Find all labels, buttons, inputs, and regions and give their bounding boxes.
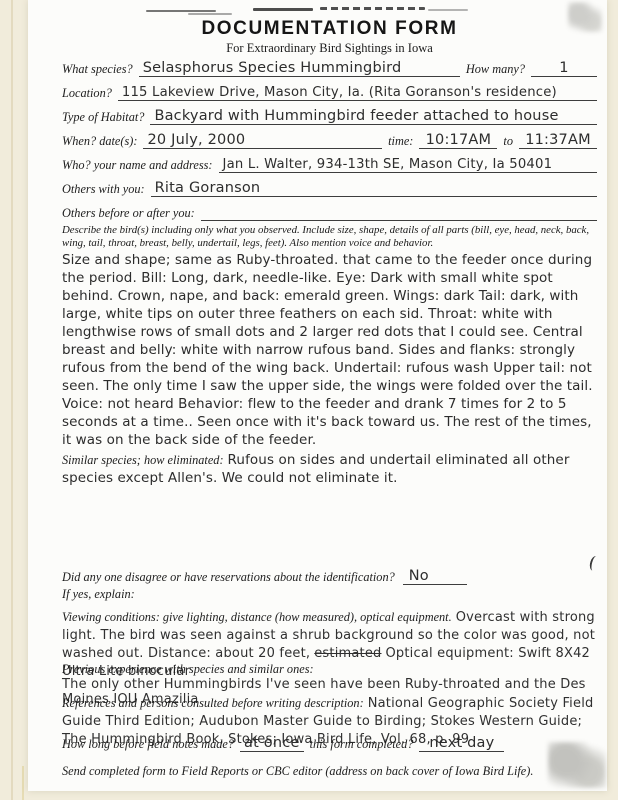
species-label: What species? [62, 62, 133, 77]
form-title: DOCUMENTATION FORM [62, 18, 597, 40]
who-value: Jan L. Walter, 934-13th SE, Mason City, … [219, 157, 597, 173]
field-location-row: Location? 115 Lakeview Drive, Mason City… [62, 78, 597, 101]
to-label: to [503, 134, 513, 149]
bird-description: Size and shape; same as Ruby-throated. t… [62, 251, 597, 449]
footer-section: Send completed form to Field Reports or … [62, 762, 597, 780]
field-species-row: What species? Selasphorus Species Hummin… [62, 54, 597, 77]
habitat-value: Backyard with Hummingbird feeder attache… [150, 108, 597, 125]
location-label: Location? [62, 86, 112, 101]
describe-instructions: Describe the bird(s) including only what… [62, 224, 597, 249]
send-instructions: Send completed form to Field Reports or … [62, 764, 533, 778]
others-with-value: Rita Goranson [151, 180, 597, 197]
field-others-before-row: Others before or after you: [62, 198, 597, 221]
time-to-value: 11:37AM [519, 132, 597, 149]
field-others-with-row: Others with you: Rita Goranson [62, 174, 597, 197]
field-when-row: When? date(s): 20 July, 2000 time: 10:17… [62, 126, 597, 149]
disagree-label: Did any one disagree or have reservation… [62, 570, 395, 585]
viewing-conditions-label: Viewing conditions: give lighting, dista… [62, 610, 452, 624]
references-label: References and persons consulted before … [62, 696, 364, 710]
others-before-label: Others before or after you: [62, 206, 195, 221]
form-header: DOCUMENTATION FORM For Extraordinary Bir… [62, 18, 597, 56]
disagree-value: No [403, 568, 467, 585]
field-who-row: Who? your name and address: Jan L. Walte… [62, 150, 597, 173]
disagree-section: Did any one disagree or have reservation… [62, 568, 597, 602]
form-completed-value: next day [419, 735, 504, 752]
form-fields: What species? Selasphorus Species Hummin… [62, 54, 597, 221]
field-habitat-row: Type of Habitat? Backyard with Hummingbi… [62, 102, 597, 125]
scanned-document: { "header": { "title": "DOCUMENTATION FO… [0, 0, 618, 800]
description-section: Describe the bird(s) including only what… [62, 224, 597, 487]
scan-streak [253, 8, 313, 11]
location-value: 115 Lakeview Drive, Mason City, Ia. (Rit… [118, 85, 597, 101]
scanner-edge-line [11, 0, 13, 800]
how-many-value: 1 [531, 60, 597, 77]
time-from-value: 10:17AM [419, 132, 497, 149]
notes-timing-section: How long before field notes made? at onc… [62, 735, 597, 752]
when-label: When? date(s): [62, 134, 137, 149]
species-value: Selasphorus Species Hummingbird [139, 60, 460, 77]
viewing-conditions-struck-word: estimated [314, 646, 381, 661]
others-before-value [201, 220, 597, 221]
similar-species-label: Similar species; how eliminated: [62, 453, 224, 467]
notes-timing-row: How long before field notes made? at onc… [62, 735, 597, 752]
notes-made-value: at once [240, 735, 304, 752]
disagree-row: Did any one disagree or have reservation… [62, 568, 597, 585]
who-label: Who? your name and address: [62, 158, 213, 173]
if-yes-explain-label: If yes, explain: [62, 587, 597, 602]
others-with-label: Others with you: [62, 182, 145, 197]
scan-streak [320, 7, 425, 10]
habitat-label: Type of Habitat? [62, 110, 144, 125]
how-many-label: How many? [466, 62, 525, 77]
form-completed-label: this form completed? [310, 737, 414, 752]
time-label: time: [388, 134, 413, 149]
scanner-edge-line-bottom [22, 766, 24, 800]
previous-experience-label: Previous experience with species and sim… [62, 662, 597, 677]
notes-made-label: How long before field notes made? [62, 737, 234, 752]
scan-streak [146, 10, 216, 12]
scan-streak [188, 13, 232, 15]
similar-species-block: Similar species; how eliminated:Rufous o… [62, 451, 597, 487]
scan-streak [428, 9, 468, 11]
when-value: 20 July, 2000 [143, 132, 382, 149]
scanned-form-page: DOCUMENTATION FORM For Extraordinary Bir… [28, 0, 607, 791]
